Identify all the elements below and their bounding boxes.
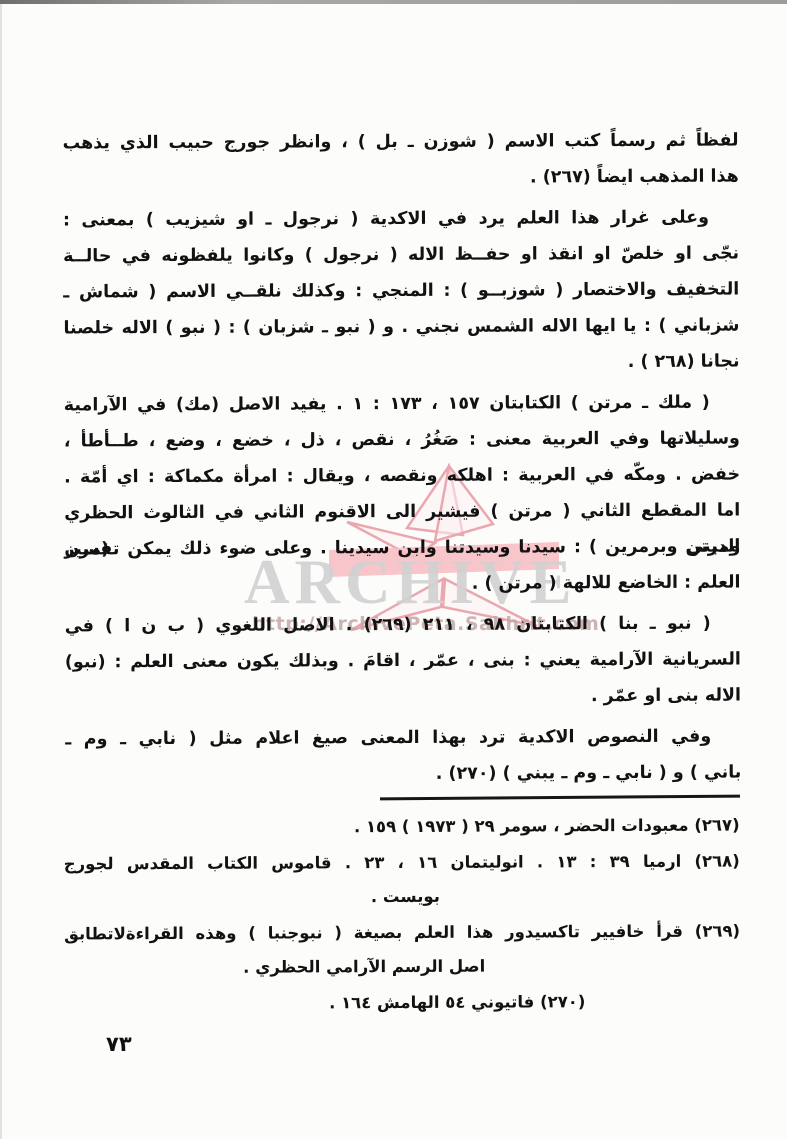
text-line: ومرتن وبرمرين ) : سيدنا وسيدتنا وابن سيد… xyxy=(64,529,740,568)
text-line: خفض . ومكّه في العربية : اهلكه ونقصه ، و… xyxy=(64,457,740,496)
text-line: اما المقطع الثاني ( مرتن ) فيشير الى الا… xyxy=(64,493,740,532)
text-line: باني ) و ( نابي ـ وم ـ يبني ) (٢٧٠) . xyxy=(65,755,741,794)
footnote: (٢٦٨) ارميا ٣٩ : ١٣ . انوليتمان ١٦ ، ٢٣ … xyxy=(64,845,740,916)
scanned-book-page: ARCHIVE http://ArchivePeta.Sakhrit.com ل… xyxy=(0,0,787,1139)
page-number: ٧٣ xyxy=(106,1032,132,1056)
text-line: وفي النصوص الاكدية ترد بهذا المعنى صيغ ا… xyxy=(65,719,741,758)
text-line: وسليلاتها وفي العربية معنى : صَغُرُ ، نق… xyxy=(64,421,740,460)
text-line: ( ملك ـ مرتن ) الكتابتان ١٥٧ ، ١٧٣ : ١ .… xyxy=(64,385,740,424)
text-line: هذا المذهب ايضاً (٢٦٧) . xyxy=(63,159,739,198)
footnote: (٢٦٧) معبودات الحضر ، سومر ٢٩ ( ١٩٧٣ ) ١… xyxy=(64,809,740,846)
text-line: السريانية الآرامية يعني : بنى ، عمّر ، ا… xyxy=(65,642,741,681)
footnote-line: (٢٦٩) قرأ خافيير تاكسيدور هذا العلم بصيغ… xyxy=(64,915,740,952)
paragraph: وعلى غرار هذا العلم يرد في الاكدية ( نرج… xyxy=(63,200,740,383)
footnote-line: (٢٧٠) فاتيوني ٥٤ الهامش ١٦٤ . xyxy=(64,985,740,1022)
text-line: نجانا (٢٦٨ ) . xyxy=(63,344,739,383)
scan-edge-left xyxy=(0,4,2,1139)
footnotes-block: (٢٦٧) معبودات الحضر ، سومر ٢٩ ( ١٩٧٣ ) ١… xyxy=(64,809,741,1024)
scan-edge-top xyxy=(0,0,787,4)
text-line: العلم : الخاضع للالهة ( مرتن ) . xyxy=(64,565,740,604)
paragraph: لفظاً ثم رسماً كتب الاسم ( شوزن ـ بل ) ،… xyxy=(63,123,739,198)
paragraph: وفي النصوص الاكدية ترد بهذا المعنى صيغ ا… xyxy=(65,719,741,794)
paragraph: ( نبو ـ بنا ) الكتابتان ٩٨ ، ٢١١ (٢٦٩) .… xyxy=(65,606,741,717)
footnote: (٢٦٩) قرأ خافيير تاكسيدور هذا العلم بصيغ… xyxy=(64,915,740,986)
text-line: وعلى غرار هذا العلم يرد في الاكدية ( نرج… xyxy=(63,200,739,239)
text-line: الاله بنى او عمّر . xyxy=(65,678,741,717)
text-line: ( نبو ـ بنا ) الكتابتان ٩٨ ، ٢١١ (٢٦٩) .… xyxy=(65,606,741,645)
paragraph: ( ملك ـ مرتن ) الكتابتان ١٥٧ ، ١٧٣ : ١ .… xyxy=(64,385,741,604)
footnote-line: (٢٦٨) ارميا ٣٩ : ١٣ . انوليتمان ١٦ ، ٢٣ … xyxy=(64,845,740,882)
footnote-line: بويست . xyxy=(64,879,740,916)
footnote-line: اصل الرسم الآرامي الحظري . xyxy=(64,949,740,986)
page-body-text: لفظاً ثم رسماً كتب الاسم ( شوزن ـ بل ) ،… xyxy=(63,123,742,799)
footnote-line: (٢٦٧) معبودات الحضر ، سومر ٢٩ ( ١٩٧٣ ) ١… xyxy=(64,809,740,846)
footnote: (٢٧٠) فاتيوني ٥٤ الهامش ١٦٤ . xyxy=(64,985,740,1022)
text-line: شزباني ) : يا ايها الاله الشمس نجني . و … xyxy=(63,308,739,347)
text-line: لفظاً ثم رسماً كتب الاسم ( شوزن ـ بل ) ،… xyxy=(63,123,739,162)
text-line: نجّى او خلصّ او انقذ او حفــظ الاله ( نر… xyxy=(63,236,739,275)
text-line: التخفيف والاختصار ( شوزبــو ) : المنجي :… xyxy=(63,272,739,311)
